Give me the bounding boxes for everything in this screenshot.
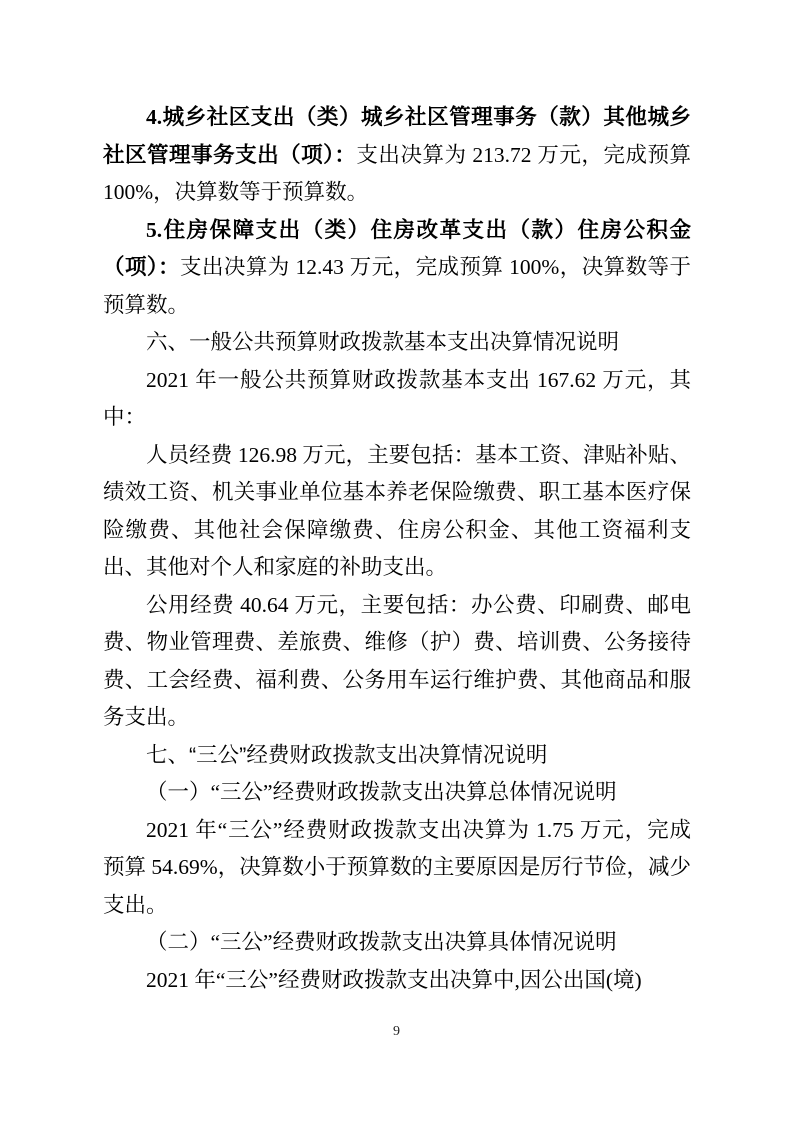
section-heading-three-public-funds: 七、“三公”经费财政拨款支出决算情况说明 [103, 737, 691, 775]
expense-item-5-detail: 支出决算为 12.43 万元，完成预算 100%，决算数等于预算数。 [103, 255, 691, 317]
page-number: 9 [0, 1022, 793, 1042]
paragraph-expense-item-4: 4.城乡社区支出（类）城乡社区管理事务（款）其他城乡社区管理事务支出（项）：支出… [103, 99, 691, 212]
paragraph-three-public-overall: 2021 年“三公”经费财政拨款支出决算为 1.75 万元，完成预算 54.69… [103, 812, 691, 925]
document-body: 4.城乡社区支出（类）城乡社区管理事务（款）其他城乡社区管理事务支出（项）：支出… [103, 99, 691, 999]
paragraph-personnel-expense: 人员经费 126.98 万元，主要包括：基本工资、津贴补贴、绩效工资、机关事业单… [103, 437, 691, 587]
paragraph-expense-item-5: 5.住房保障支出（类）住房改革支出（款）住房公积金（项）：支出决算为 12.43… [103, 212, 691, 325]
paragraph-three-public-detail: 2021 年“三公”经费财政拨款支出决算中,因公出国(境) [103, 962, 691, 1000]
paragraph-basic-expenditure-total: 2021 年一般公共预算财政拨款基本支出 167.62 万元，其中： [103, 362, 691, 437]
subheading-three-public-detail: （二）“三公”经费财政拨款支出决算具体情况说明 [103, 924, 691, 962]
paragraph-public-expense: 公用经费 40.64 万元，主要包括：办公费、印刷费、邮电费、物业管理费、差旅费… [103, 587, 691, 737]
section-heading-basic-expenditure: 六、一般公共预算财政拨款基本支出决算情况说明 [103, 324, 691, 362]
subheading-three-public-overall: （一）“三公”经费财政拨款支出决算总体情况说明 [103, 774, 691, 812]
document-page: 4.城乡社区支出（类）城乡社区管理事务（款）其他城乡社区管理事务支出（项）：支出… [0, 0, 793, 1122]
